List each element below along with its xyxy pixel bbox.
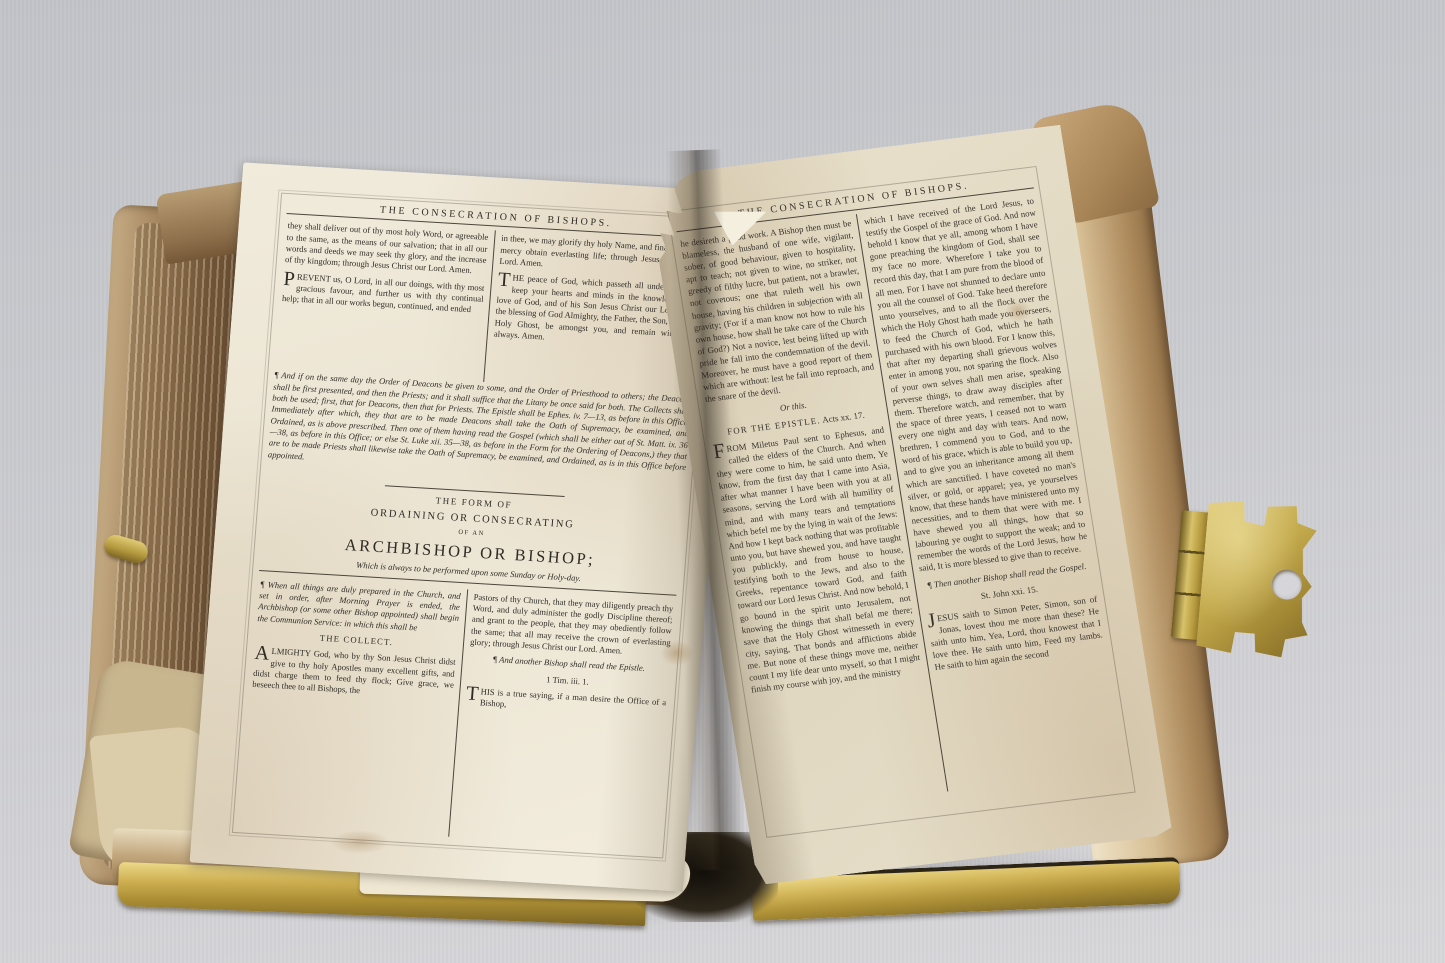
gospel-reference: St. John xxi. 15.	[924, 576, 1096, 609]
for-the-epistle-line: FOR THE EPISTLE. Acts xx. 17.	[710, 406, 883, 439]
collect-heading: THE COLLECT.	[256, 629, 458, 652]
acts-reference: Acts xx. 17.	[821, 409, 865, 424]
rubric-same-day: ¶ And if on the same day the Order of De…	[267, 370, 692, 498]
paragraph-jesus-saith: JESUS saith to Simon Peter, Simon, son o…	[926, 593, 1105, 674]
paragraph-this-is-true: THIS is a true saying, if a man desire t…	[465, 686, 666, 720]
for-the-epistle-label: FOR THE EPISTLE.	[726, 415, 821, 436]
epistle-reference: 1 Tim. iii. 1.	[467, 669, 668, 692]
form-heading-line2: ORDAINING OR CONSECRATING	[263, 500, 681, 539]
rubric-when-all-things: ¶ When all things are duly prepared in t…	[257, 579, 461, 636]
form-heading-subtitle: Which is always to be performed upon som…	[259, 554, 677, 590]
form-heading-line1: THE FORM OF	[265, 485, 683, 522]
form-heading-line3: OF AN	[263, 517, 681, 550]
rubric-another-bishop-gospel: ¶ Then another Bishop shall read the Gos…	[921, 559, 1093, 592]
paragraph: they shall deliver out of thy most holy …	[285, 220, 489, 277]
left-upper-columns: they shall deliver out of thy most holy …	[275, 218, 704, 394]
left-page: THE CONSECRATION OF BISHOPS. they shall …	[190, 162, 737, 891]
rubric-another-bishop-epistle: ¶ And another Bishop shall read the Epis…	[468, 653, 669, 676]
divider-rule	[385, 485, 565, 497]
left-page-printed-area: THE CONSECRATION OF BISHOPS. they shall …	[232, 193, 713, 859]
paragraph-which-i-have-received: which I have received of the Lord Jesus,…	[863, 194, 1090, 574]
paragraph-prevent-us: PREVENT us, O Lord, in all our doings, w…	[282, 271, 485, 317]
paragraph-pastors: Pastors of thy Church, that they may dil…	[470, 591, 674, 659]
left-lower-columns: ¶ When all things are duly prepared in t…	[240, 577, 676, 849]
divider-rule	[259, 570, 676, 596]
paragraph-from-miletus: FROM Miletus Paul sent to Ephesus, and c…	[712, 423, 923, 696]
photo-of-open-antique-book: THE CONSECRATION OF BISHOPS. they shall …	[0, 0, 1445, 963]
or-this-label: Or this.	[707, 390, 880, 423]
left-lower-column-2: Pastors of thy Church, that they may dil…	[448, 589, 676, 849]
right-columns: he desireth a good work. A Bishop then m…	[677, 192, 1126, 813]
brass-clasp	[1169, 496, 1322, 666]
left-lower-column-1: ¶ When all things are duly prepared in t…	[240, 577, 468, 837]
paragraph-almighty-god: ALMIGHTY God, who by thy Son Jesus Chris…	[252, 645, 456, 702]
left-upper-column-1: they shall deliver out of thy most holy …	[275, 218, 495, 382]
form-heading-title: ARCHBISHOP OR BISHOP;	[261, 529, 680, 575]
left-running-header: THE CONSECRATION OF BISHOPS.	[287, 197, 706, 239]
